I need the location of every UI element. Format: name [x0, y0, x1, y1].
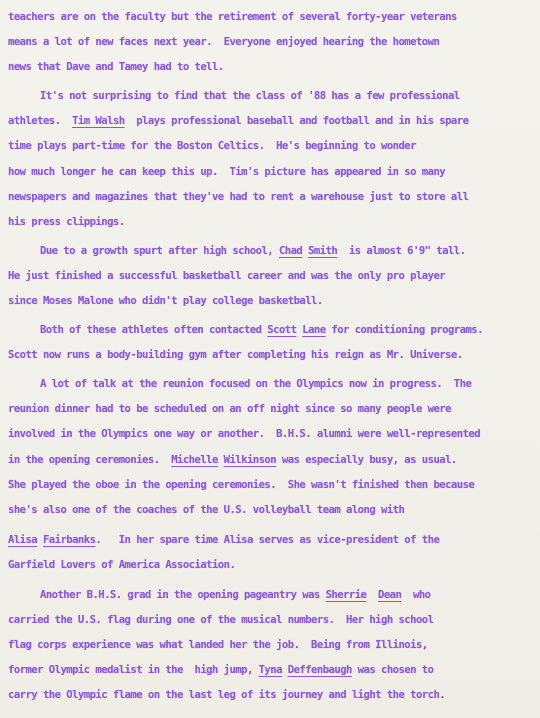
typewritten-page: teachers are on the faculty but the reti… [0, 0, 540, 718]
underlined-name: Chad [279, 245, 302, 257]
text-line: She played the oboe in the opening cerem… [8, 478, 474, 492]
text-segment: news that Dave and Tamey had to tell. [8, 61, 224, 73]
text-line: Another B.H.S. grad in the opening pagea… [40, 588, 430, 602]
text-segment: time plays part-time for the Boston Celt… [8, 140, 416, 152]
text-line: Due to a growth spurt after high school,… [40, 244, 465, 258]
text-segment: carry the Olympic flame on the last leg … [8, 689, 445, 701]
text-line: reunion dinner had to be scheduled on an… [8, 402, 451, 416]
text-line: involved in the Olympics one way or anot… [8, 427, 480, 441]
text-segment: athletes. [8, 115, 72, 127]
text-segment: in the opening ceremonies. [8, 454, 171, 466]
text-line: carried the U.S. flag during one of the … [8, 613, 433, 627]
text-line: she's also one of the coaches of the U.S… [8, 503, 404, 517]
text-segment: . In her spare time Alisa serves as vice… [95, 534, 439, 546]
text-line: athletes. Tim Walsh plays professional b… [8, 114, 468, 128]
text-segment: flag corps experience was what landed he… [8, 639, 428, 651]
underlined-name: Fairbanks [43, 534, 95, 546]
text-segment: involved in the Olympics one way or anot… [8, 428, 480, 440]
underlined-name: Tyna [259, 664, 282, 676]
text-line: how much longer he can keep this up. Tim… [8, 165, 445, 179]
text-segment: his press clippings. [8, 216, 125, 228]
text-segment: former Olympic medalist in the high jump… [8, 664, 259, 676]
text-segment: is almost 6'9" tall. [337, 245, 465, 257]
text-segment [366, 589, 378, 601]
underlined-name: Smith [308, 245, 337, 257]
underlined-name: Sherrie [326, 589, 367, 601]
text-line: flag corps experience was what landed he… [8, 638, 428, 652]
text-line: former Olympic medalist in the high jump… [8, 663, 433, 677]
text-segment: Another B.H.S. grad in the opening pagea… [40, 589, 326, 601]
text-segment: she's also one of the coaches of the U.S… [8, 504, 404, 516]
text-line: since Moses Malone who didn't play colle… [8, 294, 323, 308]
text-line: means a lot of new faces next year. Ever… [8, 35, 439, 49]
text-segment: It's not surprising to find that the cla… [40, 90, 460, 102]
text-segment: newspapers and magazines that they've ha… [8, 191, 468, 203]
text-line: newspapers and magazines that they've ha… [8, 190, 468, 204]
text-segment: means a lot of new faces next year. Ever… [8, 36, 439, 48]
text-line: He just finished a successful basketball… [8, 269, 445, 283]
text-line: Both of these athletes often contacted S… [40, 323, 483, 337]
text-line: time plays part-time for the Boston Celt… [8, 139, 416, 153]
text-segment: plays professional baseball and football… [125, 115, 469, 127]
underlined-name: Lane [302, 324, 325, 336]
text-segment: Garfield Lovers of America Association. [8, 559, 235, 571]
text-segment: reunion dinner had to be scheduled on an… [8, 403, 451, 415]
text-line: Alisa Fairbanks. In her spare time Alisa… [8, 533, 439, 547]
text-segment: Scott now runs a body-building gym after… [8, 349, 463, 361]
underlined-name: Dean [378, 589, 401, 601]
text-line: his press clippings. [8, 215, 125, 229]
text-line: in the opening ceremonies. Michelle Wilk… [8, 453, 457, 467]
text-segment: who [401, 589, 430, 601]
text-line: A lot of talk at the reunion focused on … [40, 377, 471, 391]
text-segment: was especially busy, as usual. [276, 454, 457, 466]
text-segment: how much longer he can keep this up. Tim… [8, 166, 445, 178]
text-segment: carried the U.S. flag during one of the … [8, 614, 433, 626]
underlined-name: Scott [267, 324, 296, 336]
text-segment: since Moses Malone who didn't play colle… [8, 295, 323, 307]
text-segment: Due to a growth spurt after high school, [40, 245, 279, 257]
text-segment: She played the oboe in the opening cerem… [8, 479, 474, 491]
text-segment: A lot of talk at the reunion focused on … [40, 378, 471, 390]
underlined-name: Michelle [171, 454, 218, 466]
text-segment: was chosen to [352, 664, 434, 676]
text-line: Scott now runs a body-building gym after… [8, 348, 463, 362]
underlined-name: Alisa [8, 534, 37, 546]
text-line: news that Dave and Tamey had to tell. [8, 60, 224, 74]
text-line: teachers are on the faculty but the reti… [8, 10, 457, 24]
text-line: It's not surprising to find that the cla… [40, 89, 460, 103]
text-segment: Both of these athletes often contacted [40, 324, 267, 336]
text-segment: He just finished a successful basketball… [8, 270, 445, 282]
underlined-name: Deffenbaugh [288, 664, 352, 676]
underlined-name: Wilkinson [224, 454, 276, 466]
text-segment: teachers are on the faculty but the reti… [8, 11, 457, 23]
text-segment: for conditioning programs. [326, 324, 483, 336]
text-line: carry the Olympic flame on the last leg … [8, 688, 445, 702]
underlined-name: Tim Walsh [72, 115, 124, 127]
text-line: Garfield Lovers of America Association. [8, 558, 235, 572]
